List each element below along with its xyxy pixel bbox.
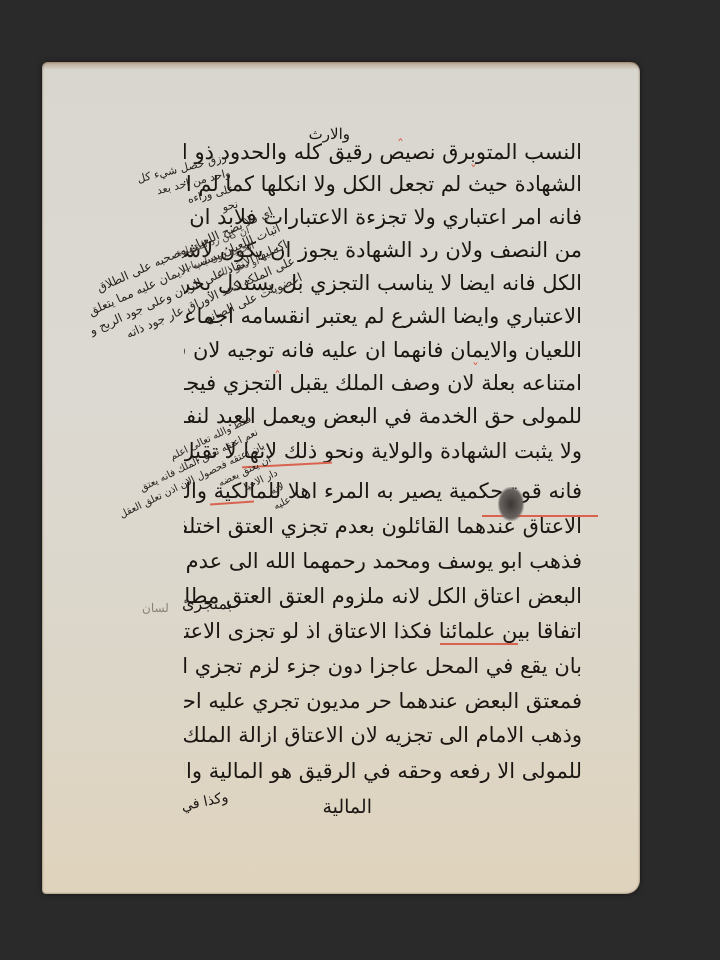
- margin-mark: بمتجزئ: [182, 592, 232, 616]
- text-line-7: اللعيان والايمان فانهما ان عليه فانه توج…: [184, 338, 582, 362]
- text-line-17: فمعتق البعض عندهما حر مديون تجري عليه اح…: [184, 689, 582, 713]
- rubric-mark: ˆ: [397, 138, 404, 154]
- text-line-8: امتناعه بعلة لان وصف الملك يقبل التجزي ف…: [184, 371, 582, 395]
- faint-note: لسان: [142, 596, 169, 620]
- rubric-mark: ˇ: [470, 164, 477, 180]
- rubric-mark: ˇ: [472, 362, 479, 378]
- manuscript-page: والارث النسب المتوبرق نصيص رقيق كله والح…: [42, 62, 640, 894]
- text-line-16: بان يقع في المحل عاجزا دون جزء لزم تجزي …: [184, 654, 582, 678]
- rubric-overline: [440, 643, 518, 645]
- text-line-18: وذهب الامام الى تجزيه لان الاعتاق ازالة …: [184, 723, 582, 747]
- text-line-15: اتفاقا بين علمائنا فكذا الاعتاق اذ لو تج…: [184, 619, 582, 643]
- rubric-overline: [482, 515, 598, 517]
- text-line-1: النسب المتوبرق نصيص رقيق كله والحدود ذو …: [184, 140, 582, 164]
- text-line-19: للمولى الا رفعه وحقه في الرقيق هو المالي…: [184, 759, 582, 783]
- text-line-13: فذهب ابو يوسف ومحمد رحمهما الله الى عدم …: [184, 549, 582, 573]
- text-line-2: الشهادة حيث لم تجعل الكل ولا انكلها كما …: [184, 172, 582, 196]
- text-line-14: البعض اعتاق الكل لانه ملزوم العتق العتق …: [184, 584, 582, 608]
- margin-end-note: وكذا في: [179, 785, 230, 818]
- catchword: المالية: [322, 795, 372, 819]
- rubric-mark: ˆ: [274, 370, 281, 386]
- ink-stain: [498, 487, 524, 521]
